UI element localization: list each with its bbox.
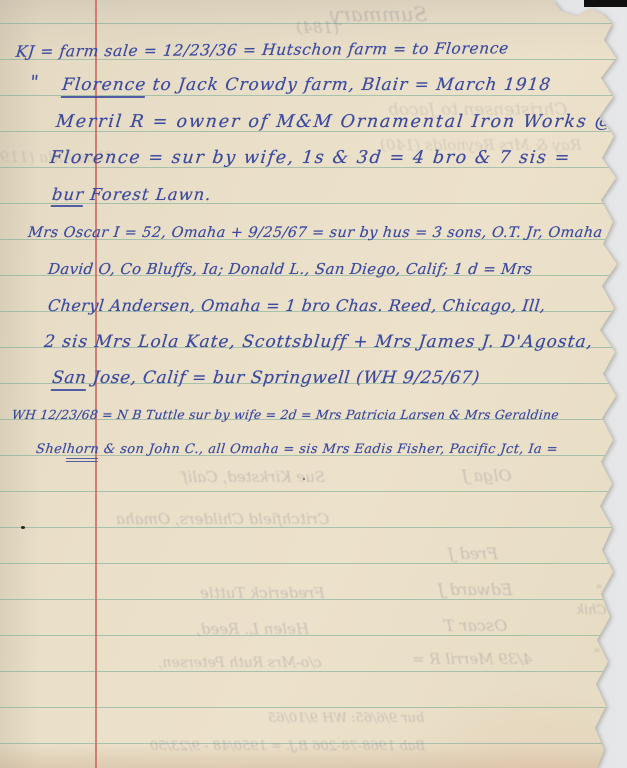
handwritten-line: WH 12/23/68 = N B Tuttle sur by wife = 2… (11, 408, 559, 421)
bleed-through-line: Olga J (462, 468, 512, 484)
handwritten-text: KJ = farm sale = 12/23/36 = Hutschon far… (15, 39, 510, 60)
bleed-through-line: Fred J (448, 546, 498, 562)
handwritten-text-underlined: bur (51, 185, 85, 207)
bleed-through-line: Helen L. Reed, (196, 622, 309, 637)
bleed-through-line: Bab 1968-78-206 B.J. = 1950/48 - 9/23/50 (150, 740, 425, 753)
paper-speck (21, 526, 25, 529)
bleed-through-line: 4/39 Merril R = (412, 652, 532, 667)
bleed-through-line: (184) (296, 20, 339, 36)
handwritten-text: David O, Co Bluffs, Ia; Donald L., San D… (47, 260, 533, 278)
scanned-page: Summary (184) Christensen to Jacob Ray &… (0, 0, 627, 768)
handwritten-text: to Jack Crowdy farm, Blair = March 1918 (145, 75, 552, 95)
handwritten-text-underlined: San (51, 368, 88, 391)
handwritten-text: Mrs Oscar I = 52, Omaha + 9/25/67 = sur … (27, 225, 603, 241)
handwritten-line: KJ = farm sale = 12/23/36 = Hutschon far… (15, 40, 510, 60)
handwritten-line: 2 sis Mrs Lola Kate, Scottsbluff + Mrs J… (43, 334, 594, 352)
handwritten-text: Forest Lawn. (83, 185, 213, 204)
bleed-through-line: bur 9/6/65: WH 9/10/65 (268, 712, 424, 725)
handwritten-text: Jose, Calif = bur Springwell (WH 9/25/67… (86, 368, 481, 388)
handwritten-line: San Jose, Calif = bur Springwell (WH 9/2… (51, 370, 481, 388)
handwritten-line: Mrs Oscar I = 52, Omaha + 9/25/67 = sur … (27, 226, 603, 241)
paper-speck (303, 478, 305, 480)
handwritten-text-underlined: horn (65, 442, 99, 462)
bleed-through-line: Oscar T (444, 618, 507, 634)
bleed-through-line: Summary (330, 4, 427, 24)
bleed-through-line: Edward J (438, 582, 513, 598)
paper-shadow-wrap: Summary (184) Christensen to Jacob Ray &… (0, 0, 627, 768)
handwritten-line: Cheryl Andersen, Omaha = 1 bro Chas. Ree… (47, 298, 546, 315)
handwritten-text: & son John C., all Omaha = sis Mrs Eadis… (98, 442, 558, 457)
handwritten-text: WH 12/23/68 = N B Tuttle sur by wife = 2… (11, 407, 559, 422)
handwritten-text: Florence = sur by wife, 1s & 3d = 4 bro … (49, 148, 572, 168)
handwritten-text: Cheryl Andersen, Omaha = 1 bro Chas. Ree… (47, 296, 547, 315)
bleed-through-line: c/o-Mrs Ruth Petersen, (158, 656, 322, 670)
notebook-paper: Summary (184) Christensen to Jacob Ray &… (0, 0, 627, 768)
handwritten-text: Merril R = owner of M&M Ornamental Iron … (55, 112, 615, 132)
bleed-through-line: Frederick Tuttle (200, 586, 325, 601)
handwritten-line: Merril R = owner of M&M Ornamental Iron … (55, 113, 615, 131)
handwritten-text: 2 sis Mrs Lola Kate, Scottsbluff + Mrs J… (43, 332, 594, 352)
handwritten-text: Shel (35, 442, 67, 457)
bleed-through-mark: " (594, 648, 600, 661)
handwritten-line: bur Forest Lawn. (51, 186, 212, 203)
bleed-through-line: Critchfield Childers, Omaha (116, 512, 329, 527)
bleed-through-line: Chik (576, 604, 606, 617)
handwritten-text-underlined: Florence (61, 75, 148, 98)
bleed-through-mark: " (596, 584, 602, 597)
handwritten-line: Florence = sur by wife, 1s & 3d = 4 bro … (49, 149, 572, 167)
handwritten-line: David O, Co Bluffs, Ia; Donald L., San D… (47, 262, 533, 278)
handwritten-line: Florence to Jack Crowdy farm, Blair = Ma… (61, 77, 552, 95)
handwritten-line: Shelhorn & son John C., all Omaha = sis … (35, 443, 558, 457)
